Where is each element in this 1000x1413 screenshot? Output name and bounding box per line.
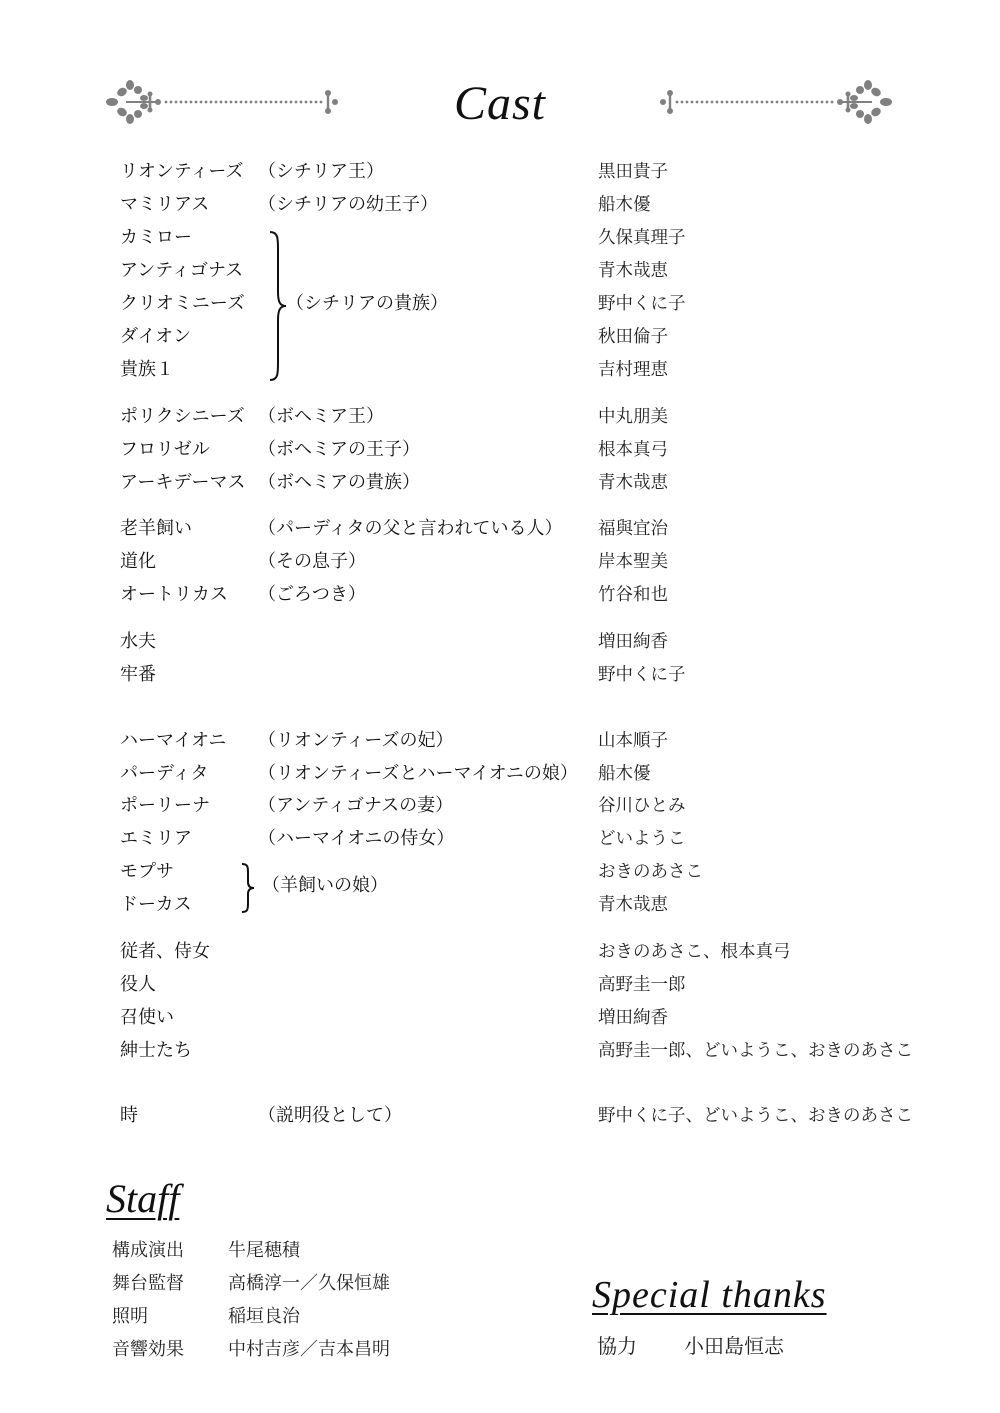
cast-role: エミリア (120, 825, 192, 853)
cast-role: 召使い (120, 1004, 174, 1032)
cast-role-description: （ボヘミアの貴族） (258, 469, 420, 497)
cast-role: クリオミニーズ (120, 290, 245, 318)
cast-actor: 竹谷和也 (598, 581, 668, 609)
cast-role: ポーリーナ (120, 792, 210, 820)
staff-name: 牛尾穂積 (228, 1236, 300, 1266)
cast-role: パーディタ (120, 760, 209, 788)
cast-row: 貴族１ 吉村理恵 (0, 356, 1000, 384)
cast-row: ハーマイオニ （リオンティーズの妃） 山本順子 (0, 727, 1000, 755)
cast-role-description: （リオンティーズの妃） (258, 727, 453, 755)
cast-row: アンティゴナス 青木哉恵 (0, 257, 1000, 285)
cast-title-row: Cast (0, 72, 1000, 138)
cast-role: 時 (120, 1102, 138, 1130)
cast-actor: 野中くに子 (598, 290, 686, 318)
cast-role-description: （その息子） (258, 548, 366, 576)
cast-actor: 青木哉恵 (598, 469, 668, 497)
cast-role: 従者、侍女 (120, 938, 210, 966)
cast-role: リオンティーズ (120, 158, 243, 186)
staff-role-label: 舞台監督 (112, 1269, 184, 1299)
cast-actor: 福與宜治 (598, 515, 668, 543)
cast-actor: どいようこ (598, 825, 686, 853)
cast-row: アーキデーマス （ボヘミアの貴族） 青木哉恵 (0, 469, 1000, 497)
cast-actor: 秋田倫子 (598, 323, 668, 351)
cast-row: 時 （説明役として） 野中くに子、どいようこ、おきのあさこ (0, 1102, 1000, 1130)
cast-group-description: （羊飼いの娘） (262, 872, 388, 900)
cast-row: ダイオン 秋田倫子 (0, 323, 1000, 351)
cast-actor: 高野圭一郎 (598, 971, 686, 999)
cast-role: ポリクシニーズ (120, 403, 245, 431)
cast-actor: 野中くに子、どいようこ、おきのあさこ (598, 1102, 913, 1130)
cast-row: 従者、侍女 おきのあさこ、根本真弓 (0, 938, 1000, 966)
cast-actor: 青木哉恵 (598, 891, 668, 919)
cast-role-description: （シチリアの幼王子） (258, 191, 438, 219)
cast-role-description: （パーディタの父と言われている人） (258, 515, 563, 543)
cast-role: 牢番 (120, 661, 156, 689)
cast-row: モプサ おきのあさこ (0, 858, 1000, 886)
special-thanks-label: 協力 (597, 1330, 637, 1362)
curly-brace-icon (240, 862, 256, 914)
cast-role: 道化 (120, 548, 156, 576)
cast-actor: 中丸朋美 (598, 403, 668, 431)
cast-row: マミリアス （シチリアの幼王子） 船木優 (0, 191, 1000, 219)
cast-actor: 岸本聖美 (598, 548, 668, 576)
cast-row: 召使い 増田絢香 (0, 1004, 1000, 1032)
cast-role-description: （アンティゴナスの妻） (258, 792, 453, 820)
cast-role: 老羊飼い (120, 515, 192, 543)
cast-role: ダイオン (120, 323, 191, 351)
cast-role-description: （説明役として） (258, 1102, 402, 1130)
cast-row: オートリカス （ごろつき） 竹谷和也 (0, 581, 1000, 609)
cast-role-description: （シチリア王） (258, 158, 384, 186)
cast-row: パーディタ （リオンティーズとハーマイオニの娘） 船木優 (0, 760, 1000, 788)
cast-role: オートリカス (120, 581, 228, 609)
cast-role: 水夫 (120, 628, 156, 656)
cast-actor: 野中くに子 (598, 661, 686, 689)
special-thanks-name: 小田島恒志 (684, 1330, 784, 1362)
cast-row: 道化 （その息子） 岸本聖美 (0, 548, 1000, 576)
cast-row: 役人 高野圭一郎 (0, 971, 1000, 999)
cast-role: アンティゴナス (120, 257, 243, 285)
cast-actor: 増田絢香 (598, 628, 668, 656)
cast-actor: 増田絢香 (598, 1004, 668, 1032)
cast-actor: 吉村理恵 (598, 356, 668, 384)
cast-row: クリオミニーズ 野中くに子 (0, 290, 1000, 318)
staff-name: 稲垣良治 (228, 1302, 300, 1332)
staff-row: 構成演出 牛尾穂積 (0, 1236, 560, 1266)
staff-role-label: 構成演出 (112, 1236, 184, 1266)
cast-row: カミロー 久保真理子 (0, 224, 1000, 252)
cast-row: エミリア （ハーマイオニの侍女） どいようこ (0, 825, 1000, 853)
staff-heading: Staff (106, 1176, 179, 1222)
cast-role-description: （ボヘミアの王子） (258, 436, 420, 464)
cast-actor: 谷川ひとみ (598, 792, 686, 820)
cast-role: 貴族１ (120, 356, 174, 384)
cast-actor: 黒田貴子 (598, 158, 668, 186)
cast-role-description: （リオンティーズとハーマイオニの娘） (258, 760, 578, 788)
special-thanks-row: 協力 小田島恒志 (0, 1330, 1000, 1362)
cast-group-description: （シチリアの貴族） (286, 290, 448, 318)
cast-actor: 山本順子 (598, 727, 668, 755)
cast-role: 役人 (120, 971, 156, 999)
cast-role: アーキデーマス (120, 469, 245, 497)
cast-row: リオンティーズ （シチリア王） 黒田貴子 (0, 158, 1000, 186)
cast-actor: 高野圭一郎、どいようこ、おきのあさこ (598, 1037, 913, 1065)
cast-row: ドーカス 青木哉恵 (0, 891, 1000, 919)
cast-role: ハーマイオニ (120, 727, 226, 755)
special-thanks-heading: Special thanks (592, 1272, 827, 1318)
staff-row: 照明 稲垣良治 (0, 1302, 560, 1332)
staff-role-label: 照明 (112, 1302, 148, 1332)
cast-actor: おきのあさこ (598, 858, 703, 886)
cast-role: 紳士たち (120, 1037, 192, 1065)
cast-actor: 船木優 (598, 760, 651, 788)
cast-row: 紳士たち 高野圭一郎、どいようこ、おきのあさこ (0, 1037, 1000, 1065)
cast-role: カミロー (120, 224, 192, 252)
cast-row: 牢番 野中くに子 (0, 661, 1000, 689)
floral-ornament-right-icon (658, 80, 898, 124)
cast-role-description: （ごろつき） (258, 581, 366, 609)
cast-role: ドーカス (120, 891, 192, 919)
cast-row: 水夫 増田絢香 (0, 628, 1000, 656)
cast-role-description: （ハーマイオニの侍女） (258, 825, 454, 853)
cast-row: フロリゼル （ボヘミアの王子） 根本真弓 (0, 436, 1000, 464)
cast-row: ポーリーナ （アンティゴナスの妻） 谷川ひとみ (0, 792, 1000, 820)
staff-name: 高橋淳一／久保恒雄 (228, 1269, 390, 1299)
cast-role: マミリアス (120, 191, 209, 219)
staff-row: 舞台監督 高橋淳一／久保恒雄 (0, 1269, 560, 1299)
curly-brace-icon (268, 230, 288, 382)
cast-role: フロリゼル (120, 436, 210, 464)
cast-role-description: （ボヘミア王） (258, 403, 384, 431)
cast-actor: 青木哉恵 (598, 257, 668, 285)
cast-row: ポリクシニーズ （ボヘミア王） 中丸朋美 (0, 403, 1000, 431)
cast-actor: 根本真弓 (598, 436, 668, 464)
cast-row: 老羊飼い （パーディタの父と言われている人） 福與宜治 (0, 515, 1000, 543)
cast-role: モプサ (120, 858, 174, 886)
cast-actor: おきのあさこ、根本真弓 (598, 938, 791, 966)
cast-actor: 久保真理子 (598, 224, 686, 252)
cast-actor: 船木優 (598, 191, 651, 219)
